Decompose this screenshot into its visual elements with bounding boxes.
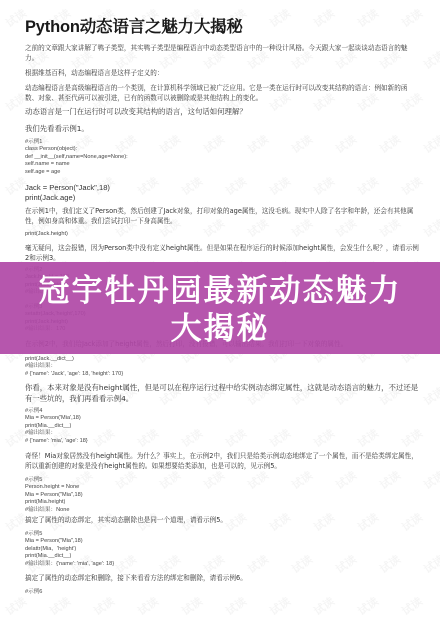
document-title: Python动态语言之魅力大揭秘 (25, 13, 243, 37)
watermark-text: 试读 (134, 593, 161, 619)
code-example-5b: #示例5 Mia = Person("Mia",18) delattr(Mia，… (25, 531, 325, 568)
watermark-text: 试读 (354, 593, 381, 619)
watermark-text: 试读 (2, 593, 29, 619)
code-dict-output: print(Jack.__dict__) #输出结果： # {'name': '… (25, 356, 325, 378)
code-example-1-usage: Jack = Person("Jack",18) print(Jack.age) (25, 183, 325, 202)
banner-title: 冠宇牡丹园最新动态魅力 大揭秘 (0, 272, 440, 348)
paragraph-wiki-lead: 根据维基百科，动态编程语言是这样子定义的： (25, 68, 420, 78)
paragraph-intro: 之前的文章跟大家讲解了鸭子类型，其实鸭子类型是编程语言中动态类型语言中的一种设计… (25, 43, 420, 63)
watermark-text: 试读 (398, 593, 425, 619)
code-example-6: #示例6 (25, 589, 325, 596)
paragraph-method-intro: 搞定了属性的动态绑定和删除，接下来看看方法的绑定和删除，请看示例6。 (25, 573, 420, 583)
watermark-text: 试读 (266, 5, 293, 31)
watermark-text: 试读 (222, 593, 249, 619)
code-example-5: #示例5 Person.height = None Mia = Person("… (25, 477, 325, 514)
paragraph-delete-explain: 搞定了属性的动态绑定，其实动态删除也是同一个道理，请看示例5。 (25, 515, 420, 525)
watermark-text: 试读 (178, 593, 205, 619)
watermark-text: 试读 (266, 593, 293, 619)
watermark-text: 试读 (376, 131, 403, 157)
watermark-text: 试读 (398, 425, 425, 451)
watermark-text: 试读 (310, 5, 337, 31)
code-example-1: #示例1 class Person(object): def __init__(… (25, 139, 325, 176)
paragraph-example1-intro: 我们先看看示例1。 (25, 123, 420, 134)
watermark-text: 试读 (46, 593, 73, 619)
watermark-text: 试读 (90, 593, 117, 619)
code-example-4: #示例4 Mia = Person('Mia',18) print(Mia.__… (25, 408, 325, 445)
paragraph-wiki-definition: 动态编程语言是高级编程语言的一个类别，在计算机科学领域已被广泛应用。它是一类在运… (25, 83, 420, 103)
banner-title-line1: 冠宇牡丹园最新动态魅力 (0, 272, 440, 310)
paragraph-dynamic-binding: 你看，本来对象是没有height属性，但是可以在程序运行过程中给实例动态绑定属性… (25, 382, 420, 404)
watermark-text: 试读 (398, 173, 425, 199)
watermark-text: 试读 (332, 131, 359, 157)
watermark-text: 试读 (420, 383, 440, 409)
watermark-text: 试读 (354, 425, 381, 451)
watermark-text: 试读 (420, 467, 440, 493)
watermark-text: 试读 (420, 131, 440, 157)
watermark-text: 试读 (420, 551, 440, 577)
watermark-text: 试读 (310, 593, 337, 619)
paragraph-example1-explain: 在示例1中，我们定义了Person类，然后创建了Jack对象，打印对象的age属… (25, 206, 420, 226)
banner-title-line2: 大揭秘 (0, 310, 440, 348)
paragraph-mia-explain: 奇怪！Mia对象居然没有height属性。为什么？事实上，在示例2中，我们只是给… (25, 451, 420, 471)
watermark-text: 试读 (420, 215, 440, 241)
watermark-text: 试读 (420, 47, 440, 73)
paragraph-question: 动态语言是一门在运行时可以改变其结构的语言，这句话如何理解？ (25, 106, 420, 117)
watermark-text: 试读 (354, 173, 381, 199)
watermark-text: 试读 (398, 5, 425, 31)
watermark-text: 试读 (354, 5, 381, 31)
paragraph-error-explain: 毫无疑问，这会报错，因为Person类中没有定义height属性。但是如果在程序… (25, 243, 420, 263)
code-print-height: print(Jack.height) (25, 231, 325, 238)
document-page: 试读试读试读试读试读试读试读试读试读试读试读试读试读试读试读试读试读试读试读试读… (0, 0, 440, 620)
